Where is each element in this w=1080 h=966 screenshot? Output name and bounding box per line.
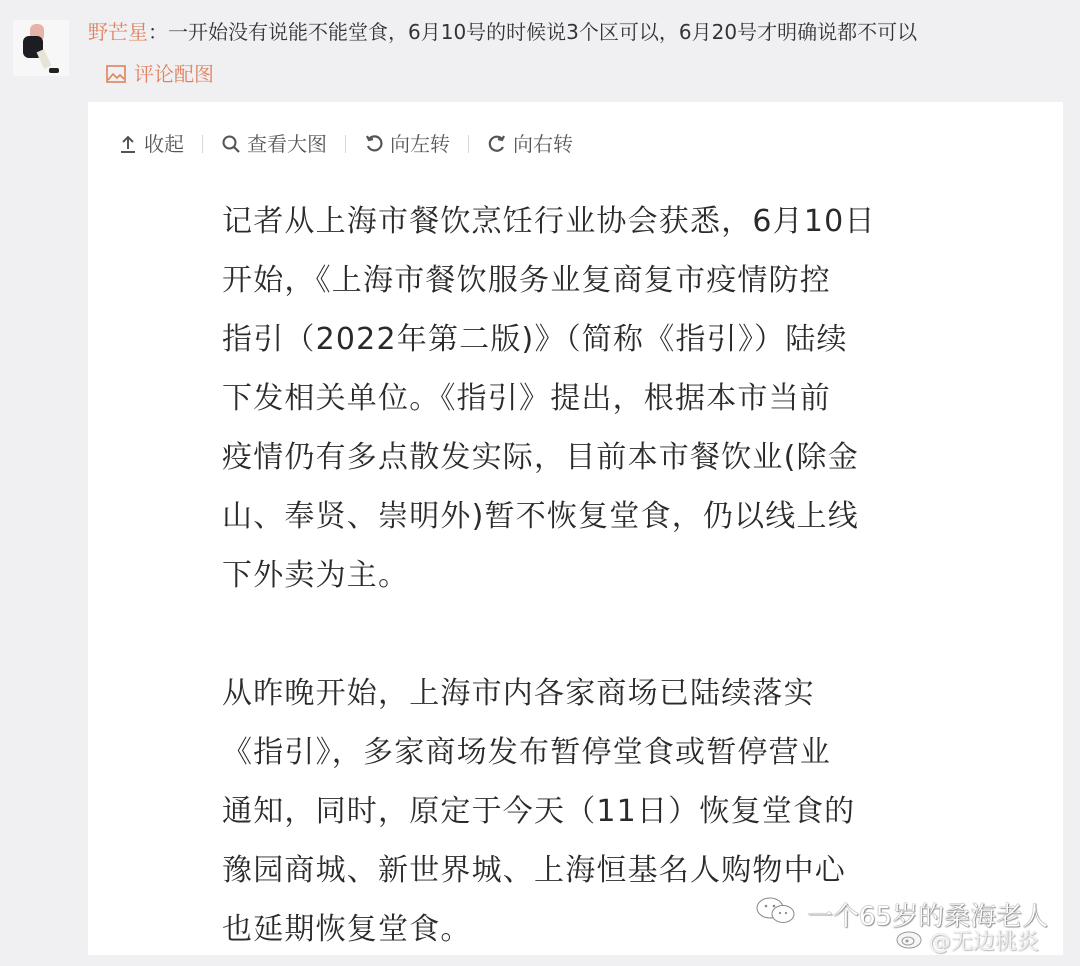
image-icon bbox=[106, 65, 126, 83]
view-large-label: 查看大图 bbox=[247, 130, 327, 158]
collapse-up-icon bbox=[118, 134, 138, 154]
text-line: 也延期恢复堂食。 bbox=[222, 912, 472, 947]
comment-username[interactable]: 野芒星 bbox=[88, 20, 148, 44]
weibo-watermark-text: @无边桃炎 bbox=[929, 925, 1039, 956]
comment-screenshot: 野芒星：一开始没有说能不能堂食，6月10号的时候说3个区可以，6月20号才明确说… bbox=[0, 0, 1080, 966]
text-line: 下外卖为主。 bbox=[222, 558, 409, 593]
text-line: 指引（2022年第二版)》（简称《指引》）陆续 bbox=[222, 322, 848, 357]
avatar-figure-legs bbox=[37, 49, 52, 69]
rotate-left-label: 向左转 bbox=[390, 130, 450, 158]
text-line: 山、奉贤、崇明外)暂不恢复堂食，仍以线上线 bbox=[222, 499, 859, 534]
wechat-icon bbox=[755, 896, 799, 933]
rotate-right-button[interactable]: 向右转 bbox=[487, 130, 573, 158]
toolbar-divider bbox=[202, 135, 203, 153]
comment-separator: ： bbox=[148, 20, 168, 44]
text-line: 通知，同时，原定于今天（11日）恢复堂食的 bbox=[222, 794, 855, 829]
collapse-label: 收起 bbox=[144, 130, 184, 158]
article-paragraph-1: 记者从上海市餐饮烹饪行业协会获悉，6月10日 开始，《上海市餐饮服务业复商复市疫… bbox=[222, 192, 942, 605]
rotate-left-icon bbox=[364, 134, 384, 154]
search-icon bbox=[221, 134, 241, 154]
comment-attachment-link[interactable]: 评论配图 bbox=[106, 60, 214, 88]
text-line: 豫园商城、新世界城、上海恒基名人购物中心 bbox=[222, 853, 846, 888]
rotate-right-label: 向右转 bbox=[513, 130, 573, 158]
attachment-label: 评论配图 bbox=[134, 60, 214, 88]
toolbar-divider bbox=[345, 135, 346, 153]
image-viewer-card: 收起 查看大图 向左 bbox=[88, 102, 1063, 955]
collapse-button[interactable]: 收起 bbox=[118, 130, 184, 158]
avatar-figure-shoe bbox=[49, 68, 59, 73]
text-line: 记者从上海市餐饮烹饪行业协会获悉，6月10日 bbox=[222, 204, 876, 239]
article-image-text: 记者从上海市餐饮烹饪行业协会获悉，6月10日 开始，《上海市餐饮服务业复商复市疫… bbox=[222, 192, 942, 959]
text-line: 《指引》，多家商场发布暂停堂食或暂停营业 bbox=[222, 735, 831, 770]
weibo-watermark: @无边桃炎 bbox=[895, 925, 1039, 956]
rotate-right-icon bbox=[487, 134, 507, 154]
comment-text-line: 野芒星：一开始没有说能不能堂食，6月10号的时候说3个区可以，6月20号才明确说… bbox=[88, 18, 917, 46]
text-line: 下发相关单位。《指引》提出，根据本市当前 bbox=[222, 381, 831, 416]
text-line: 开始，《上海市餐饮服务业复商复市疫情防控 bbox=[222, 263, 831, 298]
view-large-button[interactable]: 查看大图 bbox=[221, 130, 327, 158]
text-line: 疫情仍有多点散发实际，目前本市餐饮业(除金 bbox=[222, 440, 859, 475]
image-viewer-toolbar: 收起 查看大图 向左 bbox=[118, 130, 573, 158]
text-line: 从昨晚开始，上海市内各家商场已陆续落实 bbox=[222, 676, 815, 711]
avatar[interactable] bbox=[13, 20, 69, 76]
toolbar-divider bbox=[468, 135, 469, 153]
comment-body: 一开始没有说能不能堂食，6月10号的时候说3个区可以，6月20号才明确说都不可以 bbox=[168, 20, 917, 44]
weibo-icon bbox=[895, 926, 925, 956]
rotate-left-button[interactable]: 向左转 bbox=[364, 130, 450, 158]
